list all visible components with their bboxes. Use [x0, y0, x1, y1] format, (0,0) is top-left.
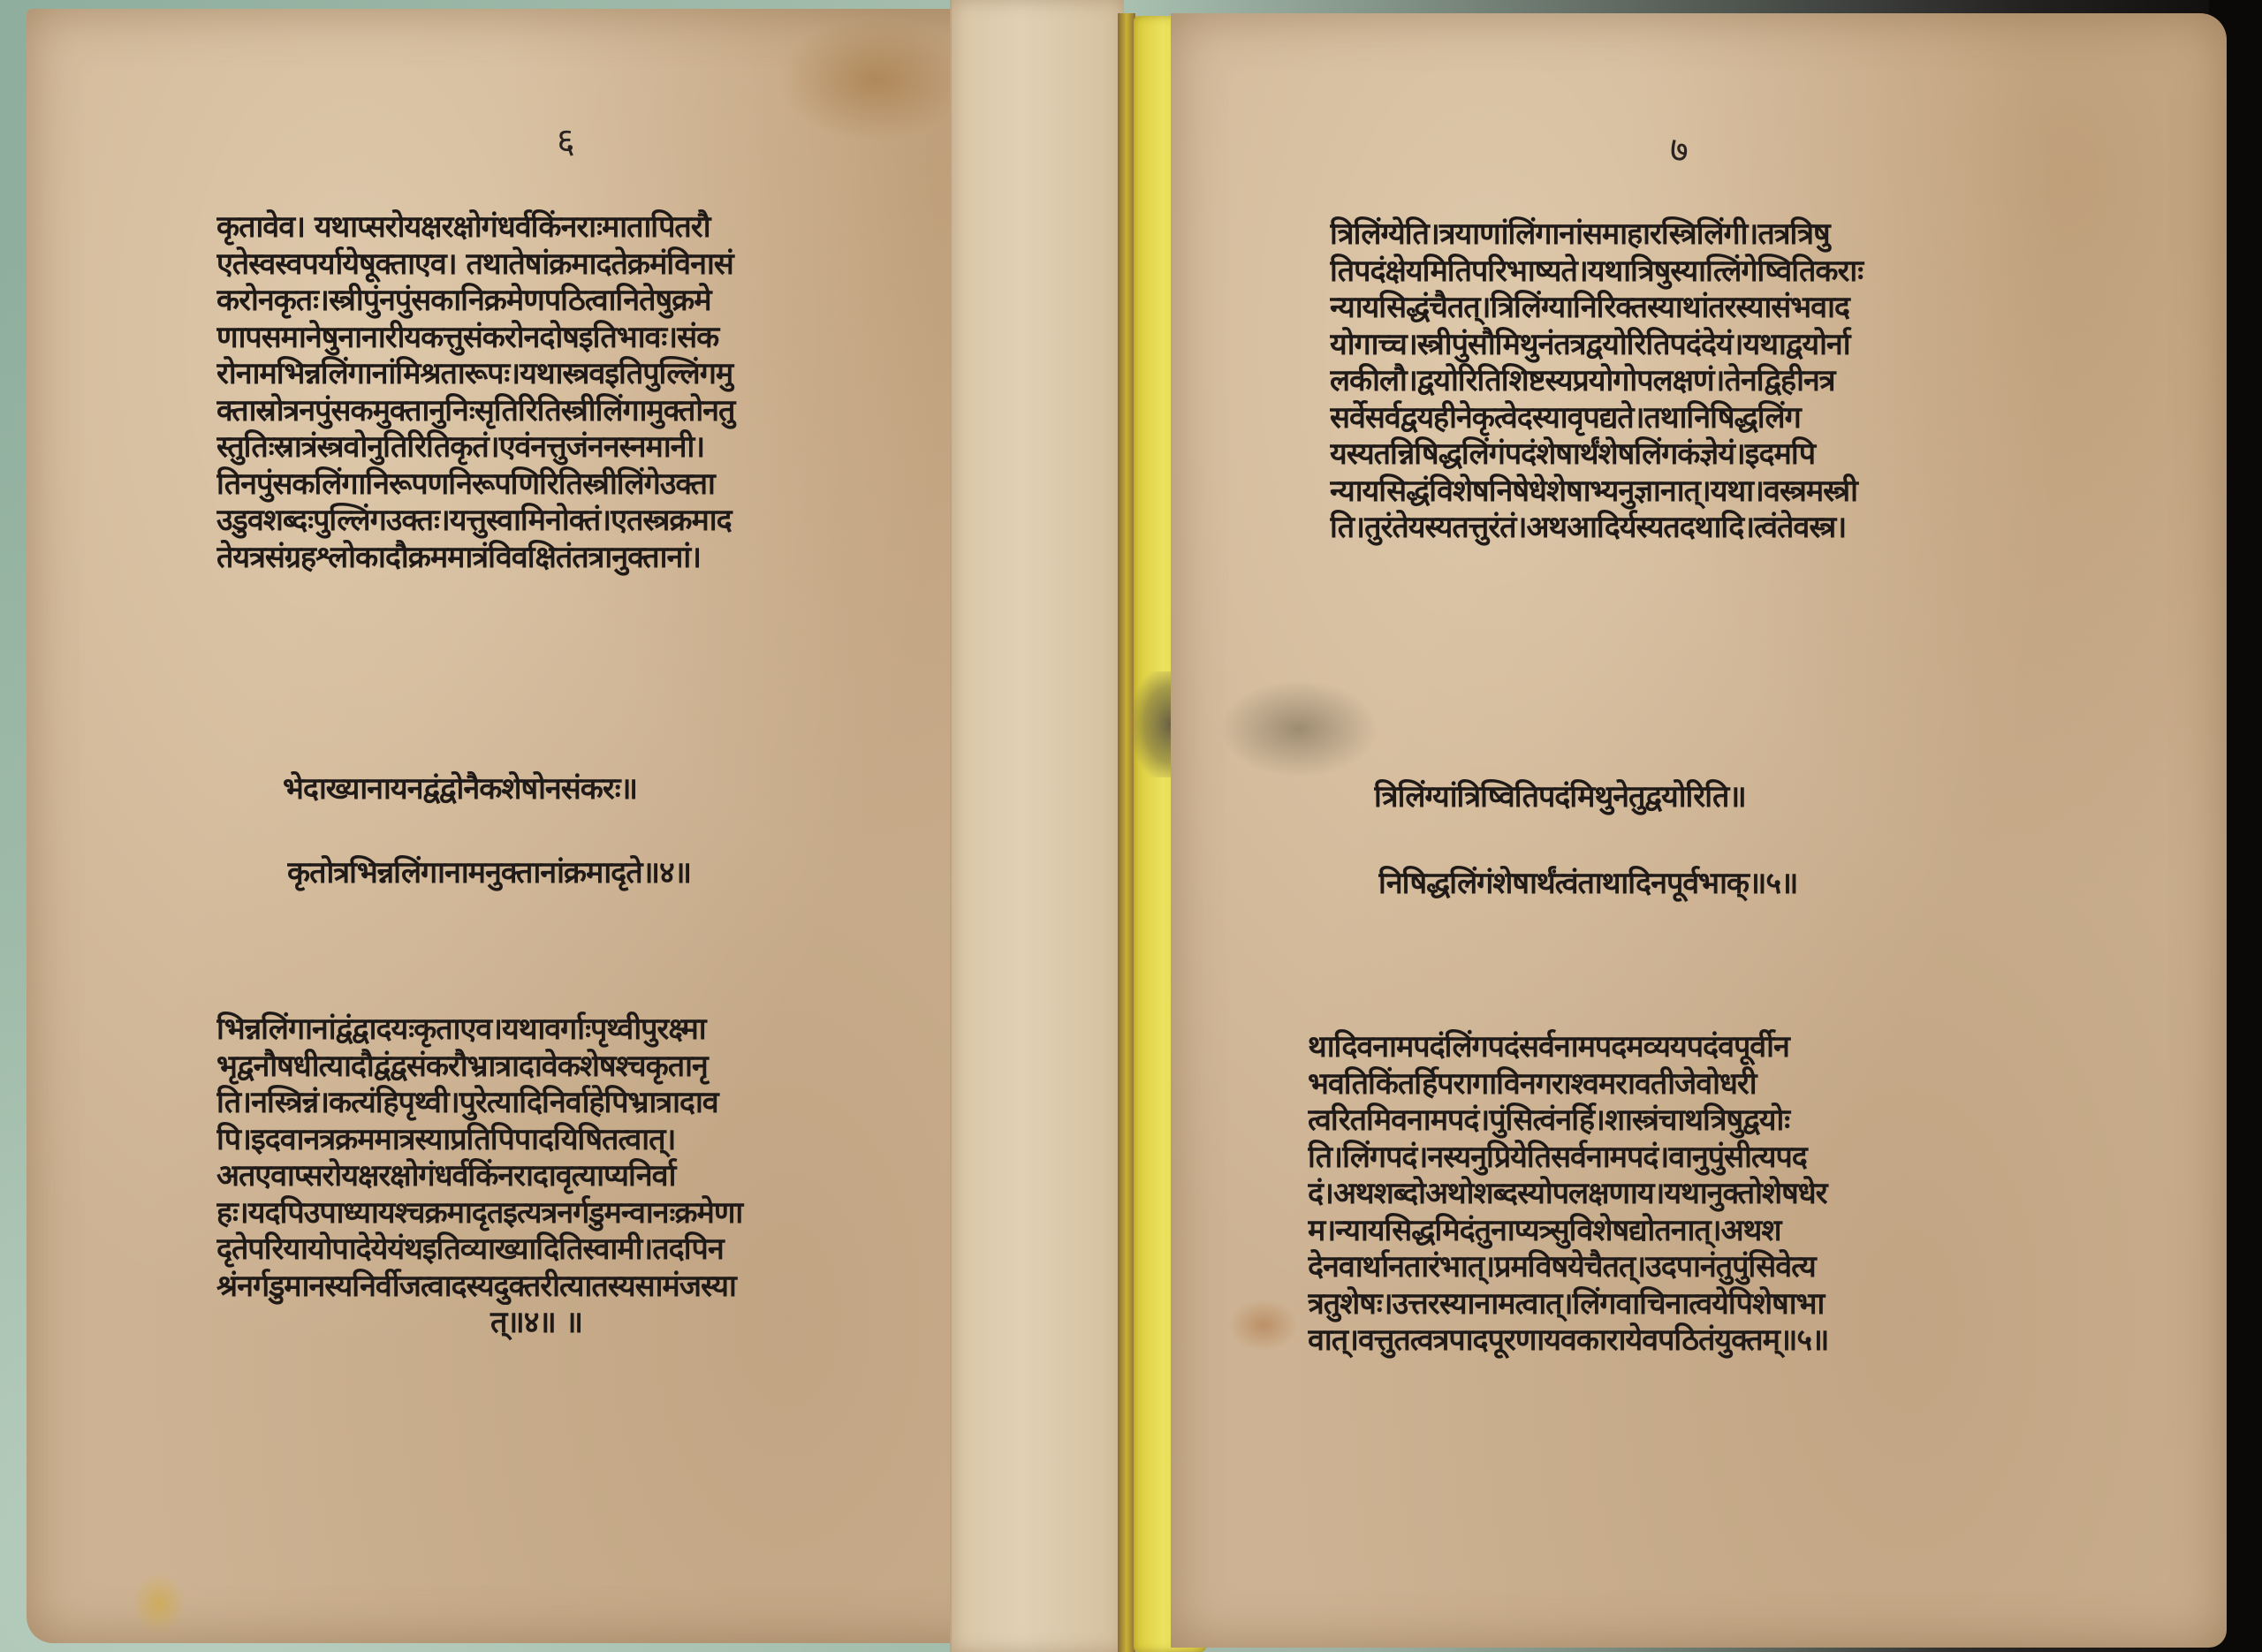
text-line: रोनामभिन्नलिंगानांमिश्रतारूपः।यथास्त्रवइ…	[216, 356, 950, 393]
text-line: पि।इदवानत्रक्रममात्रस्याप्रतिपिपादयिषितत…	[216, 1122, 950, 1159]
text-line: करोनकृतः।स्त्रीपुंनपुंसकानिक्रमेणपठित्वा…	[216, 283, 950, 320]
text-line: स्तुतिःस्रात्रंस्त्रवोनुतिरितिकृतं।एवंनत…	[216, 429, 950, 466]
text-line: भिन्नलिंगानांद्वंद्वादयःकृताएव।यथावर्गाः…	[216, 1012, 950, 1049]
text-line: थादिवनामपदंलिंगपदंसर्वनामपदमव्ययपदंवपूर्…	[1308, 1029, 2085, 1066]
text-line: तिपदंक्षेयमितिपरिभाष्यते।यथात्रिषुस्यात्…	[1330, 254, 2081, 291]
text-line: ति।नस्त्रिन्नं।कत्यंहिपृथ्वी।पुरेत्यादिन…	[216, 1085, 950, 1122]
text-line: सर्वेसर्वद्वयहीनेकृत्वेदस्यावृपद्यते।तथा…	[1330, 400, 2081, 437]
text-line: न्यायसिद्धंचैतत्।त्रिलिंग्यानिरिक्तस्याथ…	[1330, 290, 2081, 327]
text-line: न्यायसिद्धंविशेषनिषेधेशेषाभ्यनुज्ञानात्।…	[1330, 474, 2081, 511]
right-verse-line-2: निषिद्धलिंगंशेषार्थंत्वंताथादिनपूर्वभाक्…	[1378, 861, 1953, 902]
left-paragraph-1: कृतावेव। यथाप्सरोयक्षरक्षोगंधर्वकिंनराःम…	[216, 209, 950, 576]
text-line: हः।यदपिउपाध्यायश्चक्रमादृतइत्यत्रनर्गडुम…	[216, 1195, 950, 1232]
text-line: देनवार्थानतारंभात्।प्रमविषयेचैतत्।उदपानं…	[1308, 1249, 2085, 1286]
text-line: त्रिलिंग्येति।त्रयाणांलिंगानांसमाहारस्त्…	[1330, 216, 2081, 254]
text-line: क्तास्रोत्रनपुंसकमुक्तानुनिःसृतिरितिस्त्…	[216, 393, 950, 430]
right-verse-line-1: त्रिलिंग्यांत्रिष्वितिपदंमिथुनेतुद्वयोरि…	[1374, 775, 1904, 815]
text-line: ति।लिंगपदं।नस्यनुप्रियेतिसर्वनामपदं।वानु…	[1308, 1140, 2085, 1177]
page-number-left: ६	[557, 115, 575, 163]
page-number-right: ७	[1670, 124, 1689, 172]
text-line: भृद्वनौषधीत्यादौद्वंद्वसंकरौभ्रात्रादावे…	[216, 1049, 950, 1086]
text-line: त्वरितमिवनामपदं।पुंसित्वंनर्हि।शास्त्रंच…	[1308, 1103, 2085, 1140]
text-line: योगाच्च।स्त्रीपुंसौमिथुनंतत्रद्वयोरितिपद…	[1330, 327, 2081, 364]
text-line: श्रंनर्गडुमानस्यनिर्वीजत्वादस्यदुक्तरीत्…	[216, 1269, 950, 1306]
text-line: भवतिकिंतर्हिपरागाविनगराश्वमरावतीजेवोधरी	[1308, 1066, 2085, 1103]
text-line: त्रतुशेषः।उत्तरस्यानामत्वात्।लिंगवाचिनात…	[1308, 1286, 2085, 1323]
right-paragraph-1: त्रिलिंग्येति।त्रयाणांलिंगानांसमाहारस्त्…	[1330, 216, 2081, 547]
left-verse-line-1: भेदाख्यानायनद्वंद्वोनैकशेषोनसंकरः॥	[283, 767, 813, 807]
text-line: त्॥४॥ ॥	[216, 1305, 950, 1342]
text-line: दं।अथशब्दोअथोशब्दस्योपलक्षणाय।यथानुक्तोश…	[1308, 1176, 2085, 1213]
text-line: लकीलौ।द्वयोरितिशिष्टस्यप्रयोगोपलक्षणं।ते…	[1330, 363, 2081, 400]
text-line: उडुवशब्दःपुल्लिंगउक्तः।यत्तुस्वामिनोक्तं…	[216, 503, 950, 540]
text-line: अतएवाप्सरोयक्षरक्षोगंधर्वकिंनरादावृत्याप…	[216, 1158, 950, 1195]
left-paragraph-2: भिन्नलिंगानांद्वंद्वादयःकृताएव।यथावर्गाः…	[216, 1012, 950, 1342]
text-line: एतेस्वस्वपर्यायेषूक्ताएव। तथातेषांक्रमाद…	[216, 246, 950, 284]
text-line: तिनपुंसकलिंगानिरूपणनिरूपणिरितिस्त्रीलिंग…	[216, 466, 950, 504]
text-line: यस्यतन्निषिद्धलिंगंपदंशेषार्थंशेषलिंगकंज…	[1330, 436, 2081, 474]
text-line: वात्।वत्तुतत्वत्रपादपूरणायवकारायेवपठितंय…	[1308, 1322, 2085, 1360]
text-line: ति।तुरंतेयस्यतत्तुरंतं।अथआदिर्यस्यतदथादि…	[1330, 510, 2081, 547]
gutter	[1118, 13, 1135, 1652]
left-verse-line-2: कृतोत्रभिन्नलिंगानामनुक्तानांक्रमादृते॥४…	[287, 851, 853, 891]
text-line: णापसमानेषुनानारीयकत्तुसंकरोनदोषइतिभावः।स…	[216, 320, 950, 357]
text-line: कृतावेव। यथाप्सरोयक्षरक्षोगंधर्वकिंनराःम…	[216, 209, 950, 246]
right-paragraph-2: थादिवनामपदंलिंगपदंसर्वनामपदमव्ययपदंवपूर्…	[1308, 1029, 2085, 1360]
text-line: तेयत्रसंग्रहश्लोकादौक्रममात्रंविवक्षितंत…	[216, 540, 950, 577]
text-line: म।न्यायसिद्धमिदंतुनाप्यत्र्सुविशेषद्योतन…	[1308, 1213, 2085, 1250]
text-line: दृतेपरियायोपादेयेयंथइतिव्याख्यादितिस्वाम…	[216, 1231, 950, 1269]
binding-flap	[950, 0, 1124, 1652]
